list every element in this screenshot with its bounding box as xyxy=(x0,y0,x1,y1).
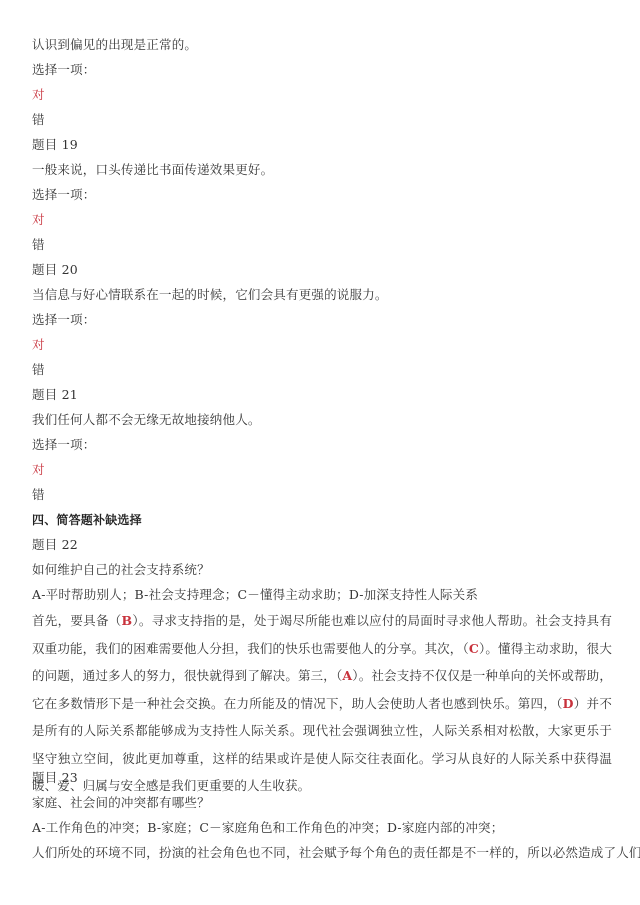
q23-stem: 家庭、社会间的冲突都有哪些？ xyxy=(32,795,210,811)
q23-label: 题目 23 xyxy=(32,770,78,786)
q18-option-true[interactable]: 对 xyxy=(32,87,45,103)
q20-stem: 当信息与好心情联系在一起的时候，它们会具有更强的说服力。 xyxy=(32,287,388,303)
q20-label: 题目 20 xyxy=(32,262,78,278)
section-heading: 四、简答题补缺选择 xyxy=(32,512,142,528)
q22-label: 题目 22 xyxy=(32,537,78,553)
q21-option-true[interactable]: 对 xyxy=(32,462,45,478)
q20-option-false[interactable]: 错 xyxy=(32,362,45,378)
q18-prompt: 选择一项： xyxy=(32,62,96,78)
blank-answer-4: D xyxy=(563,696,574,711)
q18-stem-tail: 认识到偏见的出现是正常的。 xyxy=(32,37,197,53)
q23-choices: A-工作角色的冲突；B-家庭；C－家庭角色和工作角色的冲突；D-家庭内部的冲突； xyxy=(32,820,503,836)
q19-prompt: 选择一项： xyxy=(32,187,96,203)
q23-body-start: 人们所处的环境不同，扮演的社会角色也不同，社会赋予每个角色的责任都是不一样的，所… xyxy=(32,845,640,861)
q19-option-false[interactable]: 错 xyxy=(32,237,45,253)
document-page: 认识到偏见的出现是正常的。 选择一项： 对 错 题目 19 一般来说，口头传递比… xyxy=(0,0,640,905)
q22-answer-paragraph: 首先，要具备（B）。寻求支持指的是，处于竭尽所能也难以应付的局面时寻求他人帮助。… xyxy=(32,607,612,800)
blank-answer-2: C xyxy=(469,641,479,656)
blank-answer-3: A xyxy=(342,668,352,683)
blank-answer-1: B xyxy=(122,613,133,628)
q21-prompt: 选择一项： xyxy=(32,437,96,453)
q20-prompt: 选择一项： xyxy=(32,312,96,328)
q21-stem: 我们任何人都不会无缘无故地接纳他人。 xyxy=(32,412,261,428)
q22-stem: 如何维护自己的社会支持系统？ xyxy=(32,562,210,578)
q19-stem: 一般来说，口头传递比书面传递效果更好。 xyxy=(32,162,273,178)
q20-option-true[interactable]: 对 xyxy=(32,337,45,353)
q18-option-false[interactable]: 错 xyxy=(32,112,45,128)
q19-option-true[interactable]: 对 xyxy=(32,212,45,228)
q22-choices: A-平时帮助别人；B-社会支持理念；C－懂得主动求助；D-加深支持性人际关系 xyxy=(32,587,478,603)
text-run: 首先，要具备（ xyxy=(32,613,122,628)
q19-label: 题目 19 xyxy=(32,137,78,153)
q21-label: 题目 21 xyxy=(32,387,78,403)
q21-option-false[interactable]: 错 xyxy=(32,487,45,503)
